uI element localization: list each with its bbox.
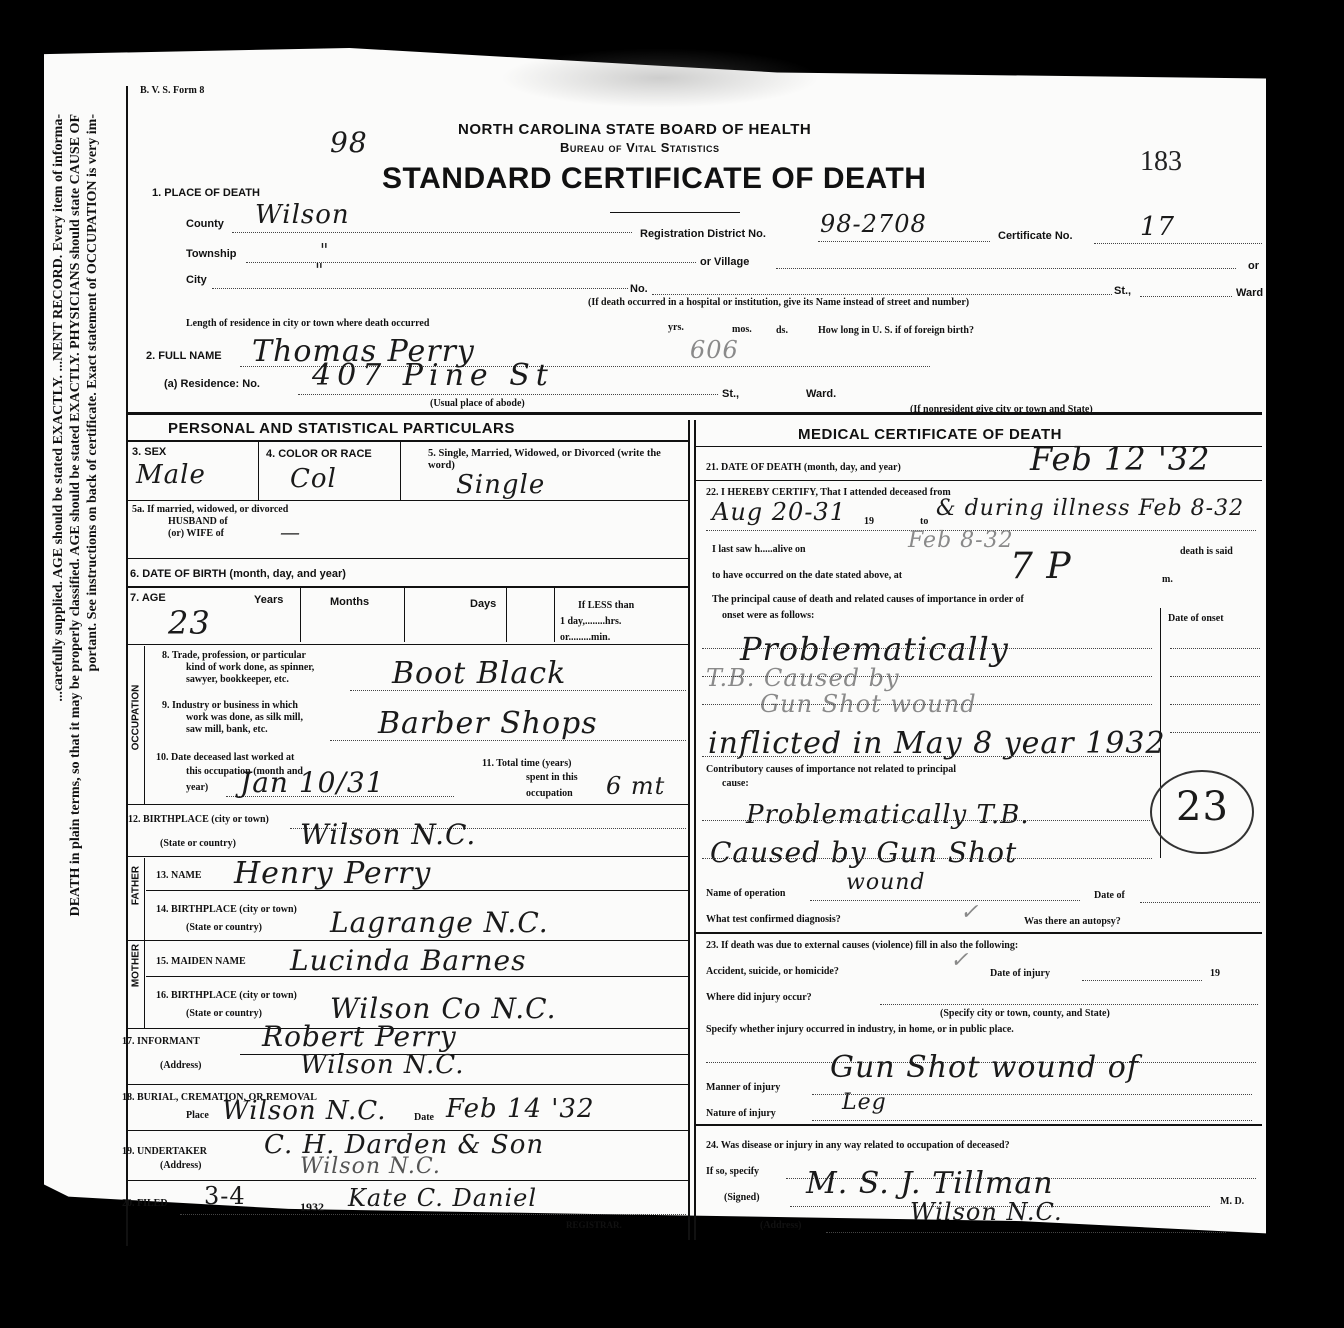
mos-label: mos. (732, 324, 752, 335)
trade-label-1: 8. Trade, profession, or particular (162, 650, 306, 661)
injury-date-field[interactable] (1082, 980, 1202, 981)
circled-number: 23 (1176, 784, 1229, 830)
place-of-death-label: 1. PLACE OF DEATH (152, 187, 260, 199)
personal-section-title: PERSONAL AND STATISTICAL PARTICULARS (168, 420, 515, 437)
cell-rule (554, 588, 555, 642)
handwritten-number: 98 (330, 126, 368, 159)
row-rule (126, 558, 688, 559)
cause-rule (702, 648, 1152, 649)
ward-label: Ward (1236, 287, 1263, 299)
residence-length-label: Length of residence in city or town wher… (186, 318, 429, 329)
contributory-line-1[interactable]: Problematically T.B. (746, 800, 1030, 830)
informant-address-value[interactable]: Wilson N.C. (300, 1050, 465, 1080)
margin-rule (126, 86, 128, 1246)
date-of-label: Date of (1094, 890, 1125, 901)
last-saw-label: I last saw h.....alive on (712, 544, 806, 555)
attended-nineteen: 19 (864, 516, 874, 527)
contributory-label-2: cause: (722, 778, 749, 789)
hospital-note: (If death occurred in a hospital or inst… (588, 297, 969, 308)
physician-signature: M. S. J. Tillman (806, 1166, 1054, 1201)
operation-field[interactable] (810, 900, 1080, 901)
where-injury-label: Where did injury occur? (706, 992, 812, 1003)
trade-label-3: sawyer, bookkeeper, etc. (186, 674, 289, 685)
less-label-3: or.........min. (560, 632, 610, 643)
form-id: B. V. S. Form 8 (140, 85, 204, 96)
cause-rule (702, 676, 1152, 677)
informant-value[interactable]: Robert Perry (262, 1020, 457, 1053)
death-said-label: death is said (1180, 546, 1233, 557)
race-label: 4. COLOR OR RACE (266, 448, 372, 460)
undertaker-label: 19. UNDERTAKER (122, 1146, 207, 1157)
dod-value[interactable]: Feb 12 '32 (1030, 440, 1210, 478)
contributory-rule (702, 858, 1152, 859)
manner-label: Manner of injury (706, 1082, 780, 1093)
less-label-2: 1 day,........hrs. (560, 616, 621, 627)
city-field[interactable] (212, 288, 628, 289)
accident-label: Accident, suicide, or homicide? (706, 966, 839, 977)
full-name-label: 2. FULL NAME (146, 350, 222, 362)
dod-label: 21. DATE OF DEATH (month, day, and year) (706, 462, 901, 473)
mother-name-label: 15. MAIDEN NAME (156, 956, 246, 967)
occupation-rule (144, 646, 145, 804)
row-rule (126, 644, 688, 645)
less-label-1: If LESS than (578, 600, 634, 611)
certificate-no-label: Certificate No. (998, 230, 1073, 242)
burial-date-value[interactable]: Feb 14 '32 (446, 1094, 595, 1124)
city-value: " (315, 260, 324, 281)
township-value: " (320, 240, 329, 261)
undertaker-address-label: (Address) (160, 1160, 201, 1171)
physician-address-field[interactable] (826, 1232, 1226, 1233)
street-field[interactable] (652, 294, 1112, 295)
father-birthplace-label-1: 14. BIRTHPLACE (city or town) (156, 904, 297, 915)
spouse-label-3: (or) WIFE of (168, 528, 224, 539)
marital-value[interactable]: Single (456, 470, 545, 500)
residence-st-label: St., (722, 388, 739, 400)
birthplace-label-2: (State or country) (160, 838, 236, 849)
page-title: STANDARD CERTIFICATE OF DEATH (382, 162, 926, 196)
injury-date-label: Date of injury (990, 968, 1050, 979)
specify-injury-label: Specify whether injury occurred in indus… (706, 1024, 1014, 1035)
where-injury-field[interactable] (880, 1004, 1258, 1005)
parents-rule (144, 858, 145, 1028)
residence-ward-label: Ward. (806, 388, 836, 400)
township-field[interactable] (246, 262, 696, 263)
nature-label: Nature of injury (706, 1108, 776, 1119)
side-instructions: ...carefully supplied. AGE should be sta… (50, 100, 130, 1240)
occupation-vertical-label: OCCUPATION (131, 678, 142, 758)
mother-name-value[interactable]: Lucinda Barnes (290, 944, 526, 977)
side-instructions-line2: DEATH in plain terms, so that it may be … (67, 100, 84, 1240)
burial-place-value[interactable]: Wilson N.C. (222, 1096, 387, 1126)
ds-label: ds. (776, 325, 788, 336)
yrs-label: yrs. (668, 322, 684, 333)
side-instructions-line3: portant. See instructions on back of cer… (84, 100, 101, 1240)
occurred-label: to have occurred on the date stated abov… (712, 570, 902, 581)
accident-value[interactable]: ✓ (950, 948, 969, 973)
mother-vertical-label: MOTHER (131, 936, 142, 996)
time-value[interactable]: 7 P (1010, 546, 1072, 587)
side-instructions-line1: ...carefully supplied. AGE should be sta… (50, 100, 67, 1240)
attended-to-value[interactable]: & during illness Feb 8-32 (936, 496, 1244, 521)
certify-label: 22. I HEREBY CERTIFY, That I attended de… (706, 487, 951, 498)
village-field[interactable] (776, 268, 1236, 269)
physician-address-value[interactable]: Wilson N.C. (910, 1198, 1063, 1226)
undertaker-address-value[interactable]: Wilson N.C. (300, 1154, 441, 1179)
row-rule (126, 940, 688, 941)
father-name-value[interactable]: Henry Perry (234, 856, 431, 891)
injury-year-label: 19 (1210, 968, 1220, 979)
sex-value[interactable]: Male (136, 460, 206, 490)
row-rule (146, 890, 688, 891)
principal-label-2: onset were as follows: (722, 610, 814, 621)
registrar-signature: Kate C. Daniel (348, 1184, 537, 1212)
dob-label: 6. DATE OF BIRTH (month, day, and year) (130, 568, 346, 580)
burial-date-label: Date (414, 1112, 434, 1123)
md-label: M. D. (1220, 1196, 1244, 1207)
industry-label-1: 9. Industry or business in which (162, 700, 298, 711)
informant-label: 17. INFORMANT (122, 1036, 200, 1047)
row-rule (146, 976, 688, 977)
total-time-label-3: occupation (526, 788, 573, 799)
township-label: Township (186, 248, 237, 260)
test-label: What test confirmed diagnosis? (706, 914, 841, 925)
occupation-related-label: 24. Was disease or injury in any way rel… (706, 1140, 1010, 1151)
burial-place-label: Place (186, 1110, 209, 1121)
principal-label-1: The principal cause of death and related… (712, 594, 1024, 605)
cell-rule (400, 442, 401, 500)
cell-rule (506, 588, 507, 642)
certificate-no-field[interactable] (1094, 243, 1262, 244)
onset-rule-2 (1170, 676, 1260, 677)
onset-rule-1 (1170, 648, 1260, 649)
filed-year: 1932 (300, 1200, 324, 1215)
marital-label: 5. Single, Married, Widowed, or Divorced… (428, 448, 678, 472)
filed-line (180, 1214, 686, 1215)
contributory-line-2[interactable]: Caused by Gun Shot (710, 836, 1017, 869)
where-injury-note: (Specify city or town, county, and State… (940, 1008, 1110, 1019)
cell-rule (300, 588, 301, 642)
reg-district-field[interactable] (818, 241, 990, 242)
autopsy-label: Was there an autopsy? (1024, 916, 1121, 927)
spouse-value[interactable]: — (280, 520, 301, 544)
m-label: m. (1162, 574, 1173, 585)
title-underline (610, 212, 740, 213)
father-birthplace-value[interactable]: Lagrange N.C. (330, 906, 549, 939)
spouse-label-2: HUSBAND of (168, 516, 228, 527)
city-no-label: No. (630, 283, 648, 295)
middle-rule (688, 420, 690, 1240)
last-saw-value[interactable]: Feb 8-32 (908, 528, 1014, 553)
row-rule (696, 1124, 1262, 1126)
county-label: County (186, 218, 224, 230)
father-name-label: 13. NAME (156, 870, 202, 881)
operation-label: Name of operation (706, 888, 785, 899)
informant-address-label: (Address) (160, 1060, 201, 1071)
residence-label: (a) Residence: No. (164, 378, 260, 390)
county-field[interactable] (232, 232, 632, 233)
header-bureau: Bureau of Vital Statistics (560, 140, 720, 155)
father-birthplace-label-2: (State or country) (186, 922, 262, 933)
total-time-label-2: spent in this (526, 772, 578, 783)
reg-district-value: 98-2708 (820, 210, 927, 238)
industry-value: Barber Shops (378, 706, 598, 741)
attended-from-value[interactable]: Aug 20-31 (712, 498, 846, 526)
last-worked-value: Jan 10/31 (240, 766, 385, 799)
nature-field[interactable] (812, 1120, 1252, 1121)
race-value[interactable]: Col (290, 464, 337, 494)
physician-address-label: (Address) (760, 1220, 801, 1231)
birthplace-value: Wilson N.C. (300, 818, 476, 851)
mother-birthplace-label-1: 16. BIRTHPLACE (city or town) (156, 990, 297, 1001)
industry-label-2: work was done, as silk mill, (186, 712, 303, 723)
filed-label: 20. FILED (122, 1198, 168, 1209)
age-years-value[interactable]: 23 (168, 604, 211, 642)
stamp-number: 183 (1140, 146, 1182, 178)
total-time-value[interactable]: 6 mt (606, 772, 665, 800)
date-of-field[interactable] (1140, 902, 1260, 903)
age-label: 7. AGE (130, 592, 166, 604)
cause-rule (702, 704, 1152, 705)
reg-district-label: Registration District No. (640, 228, 766, 240)
row-rule (126, 1180, 688, 1181)
trade-label-2: kind of work done, as spinner, (186, 662, 314, 673)
header-board: NORTH CAROLINA STATE BOARD OF HEALTH (458, 121, 811, 138)
trade-value: Boot Black (392, 656, 566, 691)
row-rule (126, 500, 688, 501)
paper-smudge (500, 48, 820, 108)
county-value: Wilson (255, 200, 350, 230)
cell-rule (258, 442, 259, 500)
attended-to-label: to (920, 516, 928, 527)
industry-label-3: saw mill, bank, etc. (186, 724, 268, 735)
row-rule (696, 480, 1262, 481)
row-rule (126, 804, 688, 805)
medical-section-title: MEDICAL CERTIFICATE OF DEATH (798, 426, 1062, 443)
usual-abode-note: (Usual place of abode) (430, 398, 525, 409)
registrar-label: REGISTRAR. (566, 1220, 622, 1230)
section-divider (126, 412, 1262, 415)
residence-value: 407 Pine St (312, 358, 554, 393)
mother-birthplace-label-2: (State or country) (186, 1008, 262, 1019)
last-worked-label-1: 10. Date deceased last worked at (156, 752, 294, 763)
st-label: St., (1114, 285, 1131, 297)
operation-value[interactable]: wound (846, 870, 926, 895)
or-label: or (1248, 260, 1259, 272)
months-label: Months (330, 596, 369, 608)
foreign-birth-label: How long in U. S. if of foreign birth? (818, 325, 974, 336)
cause-rule (702, 756, 1152, 757)
personal-title-rule (126, 440, 688, 442)
row-rule (126, 1084, 688, 1085)
cause-line-1[interactable]: Problematically (740, 630, 1009, 668)
ward-field[interactable] (1140, 296, 1232, 297)
cell-rule (404, 588, 405, 642)
father-vertical-label: FATHER (131, 856, 142, 916)
total-time-label-1: 11. Total time (years) (482, 758, 571, 769)
onset-rule-3 (1170, 704, 1260, 705)
city-label: City (186, 274, 207, 286)
last-worked-label-3: year) (186, 782, 208, 793)
middle-rule-2 (694, 420, 696, 1240)
village-label: or Village (700, 256, 749, 268)
sex-label: 3. SEX (132, 446, 166, 458)
birthplace-label-1: 12. BIRTHPLACE (city or town) (128, 814, 269, 825)
row-rule (696, 932, 1262, 934)
if-so-label: If so, specify (706, 1166, 759, 1177)
contributory-label-1: Contributory causes of importance not re… (706, 764, 956, 775)
nature-value[interactable]: Leg (842, 1090, 887, 1115)
full-name-extra: 606 (690, 336, 739, 364)
onset-rule-4 (1170, 732, 1260, 733)
filed-value[interactable]: 3-4 (204, 1182, 246, 1210)
residence-field[interactable] (298, 394, 718, 395)
days-label: Days (470, 598, 496, 610)
cause-line-2[interactable]: T.B. Caused by (706, 664, 900, 692)
manner-value[interactable]: Gun Shot wound of (830, 1050, 1139, 1085)
row-rule (126, 586, 688, 588)
years-label: Years (254, 594, 283, 606)
external-causes-label: 23. If death was due to external causes … (706, 940, 1018, 951)
signed-label: (Signed) (724, 1192, 760, 1203)
contributory-rule (702, 820, 1152, 821)
test-value[interactable]: ✓ (960, 900, 979, 925)
onset-label: Date of onset (1168, 613, 1224, 624)
spouse-label-1: 5a. If married, widowed, or divorced (132, 504, 288, 515)
certificate-no-value: 17 (1140, 212, 1175, 242)
